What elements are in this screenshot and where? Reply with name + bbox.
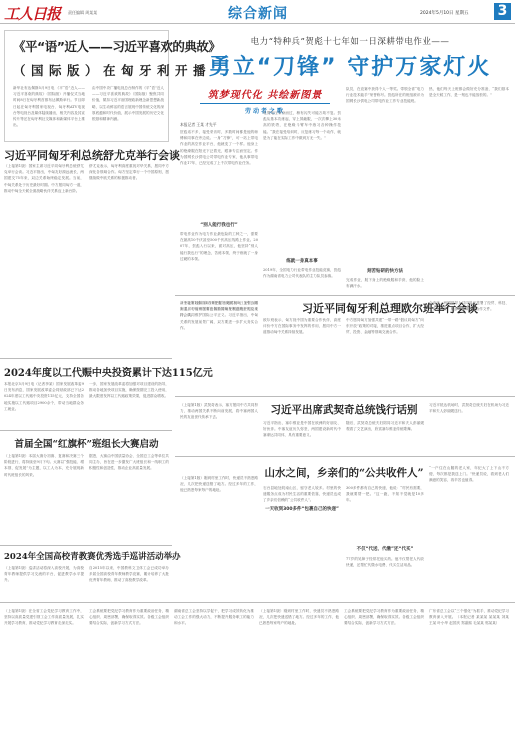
article-col: 习近平抵达机场时，武契奇总统夫妇在机场为习近平和夫人彭丽媛送行。 bbox=[429, 402, 509, 450]
article-col: 舒尤克表示，匈牙利高度重视对华关系，愿同中方深化各领域合作。匈方坚定奉行一个中国… bbox=[89, 163, 169, 363]
article-subhead: 一天收到300多件“包裹自己的快递” bbox=[263, 506, 341, 512]
article-col: 本报北京5月9日电（记者李某）国家发展改革委9日发布消息，国家发展改革委会同财政… bbox=[4, 381, 84, 425]
divider bbox=[0, 545, 172, 546]
article-col: （上接第1版）国家主席习近平同匈牙利总统舒尤克举行会谈。习近平指出，中匈友好源远… bbox=[4, 163, 84, 363]
article-col: （上接第1版）武契奇表示，塞方愿同中方共同努力，推动两国关系不断向前发展，将中塞… bbox=[180, 402, 258, 450]
article-title: 2024年全国高校青教赛优秀选手巡讲活动举办 bbox=[4, 550, 169, 562]
headline-box-col2: 由中国中央广播电视总台制作的《平“语”近人——习近平喜欢的典故》（国际版）聚焦共… bbox=[92, 85, 164, 137]
article-col: （上接第1版）刚到村里工作时，快递员不熟悉路况，几次把快递送错了地方。经过多年的… bbox=[259, 608, 339, 743]
headline-box: 《平“语”近人——习近平喜欢的典故》 （国际版）在匈牙利开播 新华社布达佩斯5月… bbox=[4, 30, 169, 142]
article-col: “一户住在山腰的老人家，年纪大了上下山不方便，每次都是我送上门。”快递员说，看到… bbox=[429, 465, 509, 595]
banner-slogan: 筑梦现代化 共绘新图景 bbox=[200, 86, 330, 104]
main-feature-byline: 本报记者 王某 才先平 bbox=[180, 122, 217, 128]
article-col: 300多件都有自己的快递，他说：“村民有需要，我就要帮一把。”这一跑，不知不觉就… bbox=[346, 485, 424, 520]
article-col: （上接第1版）本届大赛分初赛、复赛和决赛三个阶段进行，将持续至9月下旬。大赛以“… bbox=[4, 453, 84, 543]
article-col: 77岁的吴婶子经常托他买药。他不仅帮老人代收快递，还帮忙代缴水电费、代买生活用品… bbox=[346, 556, 424, 596]
issue-date: 2024年5月10日 星期五 bbox=[420, 10, 468, 16]
article-col: 随后，武契奇总统夫妇陪同习近平和夫人彭丽媛观看了文艺演出，欣赏塞尔维亚传统歌舞。 bbox=[346, 420, 424, 450]
divider bbox=[0, 430, 172, 431]
feature-col1: 贺彪话不多，接受采访时，多数时间都是他的师傅和同事在旁边说。一身“刀锋”，可一站… bbox=[180, 129, 258, 217]
article-title: 首届全国“红旗杯”班组长大赛启动 bbox=[4, 436, 169, 450]
article-col: 欧尔班表示，匈方视中国为重要合作伙伴，高度评价中方在国际事务中发挥的作用，愿同中… bbox=[263, 317, 341, 390]
masthead: 工人日报 责任编辑 周某某 综合新闻 2024年5月10日 星期五 3 bbox=[0, 0, 515, 24]
divider bbox=[0, 602, 515, 603]
article-col: 会谈后，两国领导人共同见证签署了经贸、科技、文化、教育、旅游等领域多项合作文件。 bbox=[429, 300, 509, 390]
feature-col4: 热，他们每天上班都会做好充分准备，“我们基本是全天候工作，是一刻也不能放松的。” bbox=[429, 86, 509, 291]
article-title: 习近平同匈牙利总统舒尤克举行会谈 bbox=[4, 147, 169, 163]
article-col: （上接第1版）巡讲活动将深入高校开展，为高校青年教师提供学习交流的平台，促进教学… bbox=[4, 565, 84, 605]
feature-col2: 电缆电压穿身而过，稍有闪失可能万劫不复。贺彪从基本功练起，穿上屏蔽服，一次次攀上… bbox=[263, 110, 341, 265]
article-col: 石台县地处皖南山区，留守老人较多。村里的快递服务点成为村民生活的重要依靠，快递员… bbox=[263, 485, 341, 503]
article-col: 工会系统要把党纪学习教育作为重要政治任务，精心组织、周密部署，确保取得实效。各级… bbox=[89, 608, 169, 743]
divider bbox=[0, 358, 172, 359]
headline-box-title-line1: 《平“语”近人——习近平喜欢的典故》 bbox=[13, 37, 163, 55]
editor-credit: 责任编辑 周某某 bbox=[68, 10, 97, 16]
article-col: 据悉，大赛由中国质量协会、全国总工会等单位共同主办，旨在进一步激发广大班组长和一… bbox=[89, 453, 169, 543]
page-number-badge: 3 bbox=[494, 3, 511, 20]
headline-box-title-line2: （国际版）在匈牙利开播 bbox=[13, 61, 163, 79]
article-col: 一步，国家发展改革委将加强对项目建设的指导，推动各地加快项目实施，确保按期完工投… bbox=[89, 381, 169, 425]
newspaper-logo: 工人日报 bbox=[4, 3, 60, 24]
article-col: 工会系统要把党纪学习教育作为重要政治任务，精心组织、周密部署，确保取得实效。各级… bbox=[344, 608, 424, 743]
feature-col2c: 2019年，全国电力行业带电作业技能竞赛，贺彪作为湖南省电力公司代表队的主力队员… bbox=[263, 267, 341, 289]
article-col: 广东省总工会以“三个强化”为抓手，推动党纪学习教育深入开展。（本报记者 某某某 … bbox=[429, 608, 509, 743]
article-col: （上接第1版）在全省工会党纪学习教育工作中，坚持以高质量党建引领工会工作高质量发… bbox=[4, 608, 84, 743]
article-title: 习近平出席武契奇总统饯行话别 bbox=[263, 402, 425, 417]
main-feature-kicker: 电力“特种兵”贺彪十七年如一日深耕带电作业—— bbox=[230, 35, 470, 47]
feature-subhead-3: 刻苦钻研的快方法 bbox=[346, 268, 424, 274]
feature-subhead-2: 练就一身真本事 bbox=[263, 258, 341, 264]
article-col: 中方愿同匈方加强共建“一带一路”倡议同匈方“向东开放”政策的对接，推进重点项目合… bbox=[346, 317, 424, 390]
divider bbox=[175, 295, 515, 296]
feature-col1b: 带电作业作为电力作业最危险的工种之一，需要在最高10千伏甚至500千伏高压线路上… bbox=[180, 231, 258, 287]
article-title: 山水之间，乡亲们的“公共收件人” bbox=[263, 465, 425, 480]
feature-col3: 队员，在竞赛中获得个人一等奖。带领全省“电力行业技术能手”荣誉称号。贺彪所在的班… bbox=[346, 86, 424, 262]
article-col: 自2015年以来，中国教科文卫体工会已成功举办多届全国高校青年教师教学竞赛，累计… bbox=[89, 565, 169, 605]
section-title: 综合新闻 bbox=[228, 3, 288, 23]
article-col: 习近平指出，塞尔维亚是中国在欧洲的好朋友、好伙伴。中塞友谊历久弥坚，两国建设新时… bbox=[263, 420, 341, 450]
article-col: （上接第1版）双方要把握好发展方向，加强战略沟通，中匈两国要在各自国家发展道路上… bbox=[180, 300, 258, 390]
feature-col3d: 完成作业，脱下身上的绝缘服和手套，他的脸上布满汗水。 bbox=[346, 277, 424, 291]
headline-box-col1: 新华社布达佩斯5月9日电 《平“语”近人——习近平喜欢的典故》（国际版）开播仪式… bbox=[13, 85, 85, 137]
article-col: （上接第1版）刚到村里工作时，快递员不熟悉路况，几次把快递送错了地方。经过多年的… bbox=[180, 475, 258, 550]
article-title: 2024年度以工代赈中央投资累计下达115亿元 bbox=[4, 364, 169, 379]
divider bbox=[175, 396, 515, 397]
article-subhead: 不仅“代送、代缴”还“代买” bbox=[346, 546, 424, 552]
divider bbox=[175, 456, 515, 457]
article-col: 湖南省总工会坚持以学促干，把学习成效转化为推动工会工作的强大动力，不断提升服务职… bbox=[174, 608, 254, 743]
feature-subhead-1: “别人能行我也行” bbox=[180, 222, 258, 228]
main-feature-title: 勇立“刀锋” 守护万家灯火 bbox=[205, 50, 495, 81]
